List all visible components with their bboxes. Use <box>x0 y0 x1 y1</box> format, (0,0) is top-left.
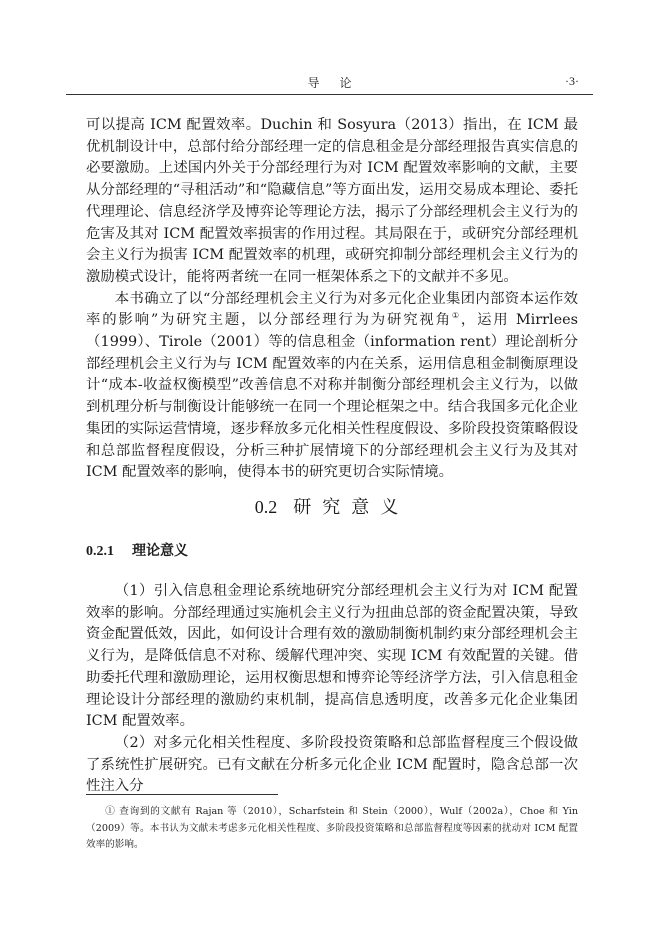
footnote-marker: ① <box>105 806 115 817</box>
running-head-title: 导论 <box>66 74 593 91</box>
subsection-number: 0.2.1 <box>86 544 114 559</box>
paragraph-text: ，运用 Mirrlees（1999）、Tirole（2001）等的信息租金（in… <box>86 312 578 480</box>
paragraph-literature-summary: 可以提高 ICM 配置效率。Duchin 和 Sosyura（2013）指出，在… <box>86 115 578 289</box>
header-rule <box>66 94 593 95</box>
section-heading: 0.2研究意义 <box>86 493 578 519</box>
footnote-rule <box>86 794 278 795</box>
page-number: ·3· <box>565 74 579 89</box>
subsection-title: 理论意义 <box>132 543 188 559</box>
footnote-reference[interactable]: ① <box>452 311 461 320</box>
running-head: 导论 ·3· <box>66 74 593 92</box>
paragraph-point-2: （2）对多元化相关性程度、多阶段投资策略和总部监督程度三个假设做了系统性扩展研究… <box>86 733 578 798</box>
footnote-text: 查询到的文献有 Rajan 等（2010），Scharfstein 和 Stei… <box>86 806 578 850</box>
paragraph-research-approach: 本书确立了以“分部经理机会主义行为对多元化企业集团内部资本运作效率的影响”为研究… <box>86 289 578 484</box>
body-text: 可以提高 ICM 配置效率。Duchin 和 Sosyura（2013）指出，在… <box>86 115 578 484</box>
section-body-text: （1）引入信息租金理论系统地研究分部经理机会主义行为对 ICM 配置效率的影响。… <box>86 581 578 798</box>
book-page: 导论 ·3· 可以提高 ICM 配置效率。Duchin 和 Sosyura（20… <box>0 0 661 925</box>
footnote-paragraph: ① 查询到的文献有 Rajan 等（2010），Scharfstein 和 St… <box>86 804 578 854</box>
paragraph-point-1: （1）引入信息租金理论系统地研究分部经理机会主义行为对 ICM 配置效率的影响。… <box>86 581 578 733</box>
subsection-heading: 0.2.1理论意义 <box>86 540 188 560</box>
section-title: 研究意义 <box>293 497 409 518</box>
section-number: 0.2 <box>255 497 278 517</box>
footnote: ① 查询到的文献有 Rajan 等（2010），Scharfstein 和 St… <box>86 804 578 854</box>
